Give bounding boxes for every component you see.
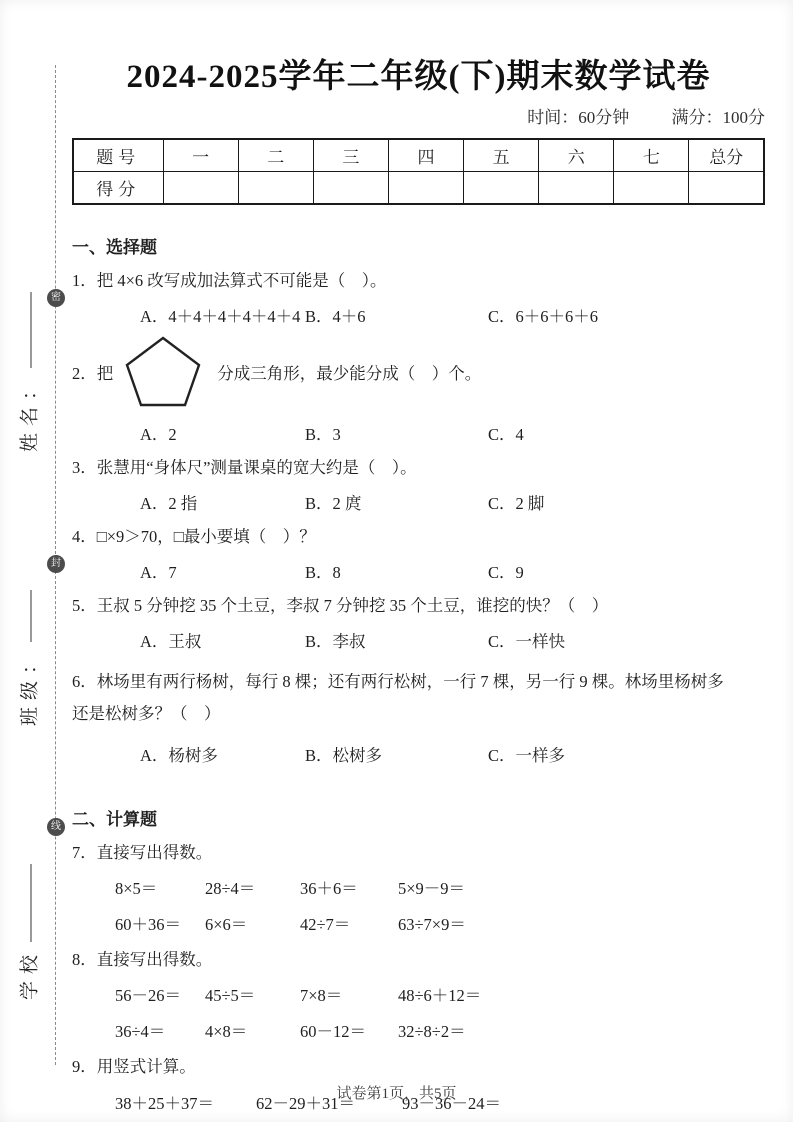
class-field: 班级： (15, 590, 42, 726)
score-table-header-row: 题号 一 二 三 四 五 六 七 总分 (73, 139, 764, 172)
option-c: C．一样多 (488, 742, 765, 766)
question-4-text: 4．□×9＞70，□最小要填（ ）？ (72, 526, 765, 547)
question-8-row-1: 56－26＝ 45÷5＝ 7×8＝ 48÷6＋12＝ (72, 982, 765, 1006)
exam-meta: 时间：60分钟 满分：100分 (72, 103, 765, 128)
equation: 28÷4＝ (205, 875, 300, 899)
time-limit-label: 时间：60分钟 (527, 108, 629, 127)
equation: 45÷5＝ (205, 982, 300, 1006)
full-score-label: 满分：100分 (672, 108, 766, 127)
seal-badge-xian: 线 (47, 818, 65, 836)
question-5-text: 5．王叔 5 分钟挖 35 个土豆，李叔 7 分钟挖 35 个土豆，谁挖的快？（… (72, 595, 765, 616)
score-table: 题号 一 二 三 四 五 六 七 总分 得分 (72, 138, 765, 205)
school-blank-line (30, 864, 32, 942)
option-b: B．松树多 (305, 742, 488, 766)
option-b: B．4＋6 (305, 303, 488, 327)
score-table-corner: 题号 (73, 139, 163, 172)
option-a: A．7 (140, 559, 305, 583)
class-field-label: 班级： (20, 648, 41, 726)
section-1-heading: 一、选择题 (72, 233, 765, 258)
score-cell-empty (388, 172, 463, 205)
seal-badge-mi: 密 (47, 289, 65, 307)
question-7-row-2: 60＋36＝ 6×6＝ 42÷7＝ 63÷7×9＝ (72, 911, 765, 935)
page-footer: 试卷第1页，共5页 (0, 1082, 793, 1103)
exam-paper-page: 密 封 线 姓名： 班级： 学校 2024-2025学年二年级(下)期末数学试卷… (0, 0, 793, 1122)
question-6-line1: 6．林场里有两行杨树，每行 8 棵；还有两行松树，一行 7 棵，另一行 9 棵。… (72, 666, 765, 698)
name-blank-line (30, 292, 32, 368)
option-a: A．王叔 (140, 628, 305, 652)
question-6-options: A．杨树多 B．松树多 C．一样多 (72, 742, 765, 766)
score-table-col: 六 (539, 139, 614, 172)
score-table-col: 一 (163, 139, 238, 172)
score-cell-empty (689, 172, 764, 205)
pentagon-figure (123, 335, 203, 409)
equation: 60－12＝ (300, 1018, 398, 1042)
school-field: 学校 (15, 864, 42, 1000)
score-table-col-total: 总分 (689, 139, 764, 172)
class-blank-line (30, 590, 32, 642)
question-2-options: A．2 B．3 C．4 (72, 421, 765, 445)
equation: 36÷4＝ (115, 1018, 205, 1042)
question-2-suffix: 分成三角形，最少能分成（ ）个。 (217, 360, 481, 384)
question-8-label: 8．直接写出得数。 (72, 949, 765, 970)
score-cell-empty (163, 172, 238, 205)
option-c: C．一样快 (488, 628, 765, 652)
question-8-row-2: 36÷4＝ 4×8＝ 60－12＝ 32÷8÷2＝ (72, 1018, 765, 1042)
question-7-label: 7．直接写出得数。 (72, 842, 765, 863)
question-2-text: 2．把 分成三角形，最少能分成（ ）个。 (72, 335, 765, 409)
question-6-line2: 还是松树多？（ ） (72, 698, 765, 730)
option-a: A．4＋4＋4＋4＋4＋4 (140, 303, 305, 327)
section-2-heading: 二、计算题 (72, 805, 765, 830)
score-cell-empty (464, 172, 539, 205)
option-b: B．8 (305, 559, 488, 583)
equation: 56－26＝ (115, 982, 205, 1006)
equation: 48÷6＋12＝ (398, 982, 765, 1006)
question-3-text: 3．张慧用“身体尺”测量课桌的宽大约是（ ）。 (72, 457, 765, 478)
equation: 6×6＝ (205, 911, 300, 935)
question-2-prefix: 2．把 (72, 360, 113, 384)
score-cell-empty (539, 172, 614, 205)
equation: 8×5＝ (115, 875, 205, 899)
equation: 5×9－9＝ (398, 875, 765, 899)
equation: 32÷8÷2＝ (398, 1018, 765, 1042)
question-4-options: A．7 B．8 C．9 (72, 559, 765, 583)
page-title: 2024-2025学年二年级(下)期末数学试卷 (72, 50, 765, 97)
score-row-label: 得分 (73, 172, 163, 205)
equation: 63÷7×9＝ (398, 911, 765, 935)
score-table-col: 四 (388, 139, 463, 172)
option-b: B．李叔 (305, 628, 488, 652)
option-a: A．2 (140, 421, 305, 445)
option-c: C．6＋6＋6＋6 (488, 303, 765, 327)
question-9-label: 9．用竖式计算。 (72, 1056, 765, 1077)
option-a: A．2 指 (140, 490, 305, 514)
equation: 60＋36＝ (115, 911, 205, 935)
question-3-options: A．2 指 B．2 庹 C．2 脚 (72, 490, 765, 514)
name-field-label: 姓名： (20, 374, 41, 452)
question-7-row-1: 8×5＝ 28÷4＝ 36＋6＝ 5×9－9＝ (72, 875, 765, 899)
option-c: C．4 (488, 421, 765, 445)
equation: 36＋6＝ (300, 875, 398, 899)
seal-badge-feng: 封 (47, 555, 65, 573)
score-table-col: 五 (464, 139, 539, 172)
score-cell-empty (614, 172, 689, 205)
score-table-col: 二 (238, 139, 313, 172)
option-a: A．杨树多 (140, 742, 305, 766)
score-table-score-row: 得分 (73, 172, 764, 205)
option-b: B．2 庹 (305, 490, 488, 514)
question-5-options: A．王叔 B．李叔 C．一样快 (72, 628, 765, 652)
option-c: C．9 (488, 559, 765, 583)
equation: 42÷7＝ (300, 911, 398, 935)
option-b: B．3 (305, 421, 488, 445)
score-table-col: 七 (614, 139, 689, 172)
question-6-text: 6．林场里有两行杨树，每行 8 棵；还有两行松树，一行 7 棵，另一行 9 棵。… (72, 666, 765, 730)
question-1-text: 1．把 4×6 改写成加法算式不可能是（ ）。 (72, 270, 765, 291)
school-field-label: 学校 (20, 948, 41, 1000)
name-field: 姓名： (15, 292, 42, 452)
question-1-options: A．4＋4＋4＋4＋4＋4 B．4＋6 C．6＋6＋6＋6 (72, 303, 765, 327)
option-c: C．2 脚 (488, 490, 765, 514)
score-table-col: 三 (313, 139, 388, 172)
score-cell-empty (313, 172, 388, 205)
score-cell-empty (238, 172, 313, 205)
exam-content: 2024-2025学年二年级(下)期末数学试卷 时间：60分钟 满分：100分 … (72, 0, 765, 1114)
equation: 7×8＝ (300, 982, 398, 1006)
equation: 4×8＝ (205, 1018, 300, 1042)
